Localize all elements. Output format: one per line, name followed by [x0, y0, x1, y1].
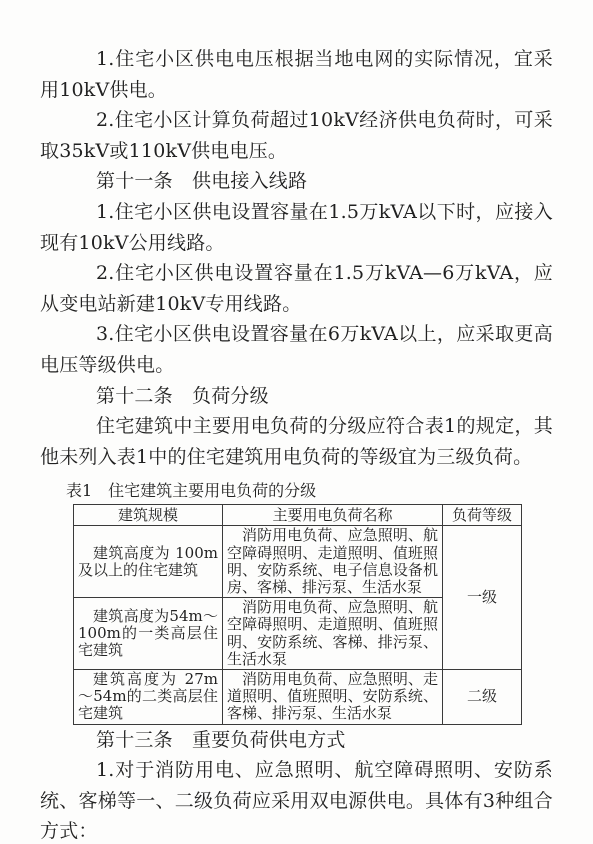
paragraph: 2.住宅小区计算负荷超过10kV经济供电负荷时，可采取35kV或110kV供电电… — [40, 105, 553, 166]
cell-load-grade: 一级 — [443, 526, 522, 670]
cell-load-names: 消防用电负荷、应急照明、走道照明、值班照明、安防系统、客梯、排污泵、生活水泵 — [223, 669, 443, 724]
header-building-scale: 建筑规模 — [74, 505, 223, 526]
cell-building-scale: 建筑高度为54m～100m的一类高层住宅建筑 — [74, 598, 223, 670]
cell-load-grade: 二级 — [443, 669, 522, 724]
article-heading: 第十一条 供电接入线路 — [40, 166, 553, 197]
table-caption: 表1 住宅建筑主要用电负荷的分级 — [66, 481, 553, 501]
paragraph: 1.对于消防用电、应急照明、航空障碍照明、安防系统、客梯等一、二级负荷应采用双电… — [40, 755, 553, 844]
cell-load-names: 消防用电负荷、应急照明、航空障碍照明、走道照明、值班照明、安防系统、客梯、排污泵… — [223, 598, 443, 670]
paragraph: 1.住宅小区供电电压根据当地电网的实际情况，宜采用10kV供电。 — [40, 44, 553, 105]
cell-building-scale: 建筑高度为 100m 及以上的住宅建筑 — [74, 526, 223, 598]
table-row: 建筑高度为 100m 及以上的住宅建筑 消防用电负荷、应急照明、航空障碍照明、走… — [74, 526, 522, 598]
table-row: 建筑高度为 27m～54m的二类高层住宅建筑 消防用电负荷、应急照明、走道照明、… — [74, 669, 522, 724]
paragraph: 1.住宅小区供电设置容量在1.5万kVA以下时，应接入现有10kV公用线路。 — [40, 197, 553, 258]
load-classification-table: 建筑规模 主要用电负荷名称 负荷等级 建筑高度为 100m 及以上的住宅建筑 消… — [73, 504, 522, 724]
paragraph: 住宅建筑中主要用电负荷的分级应符合表1的规定，其他未列入表1中的住宅建筑用电负荷… — [40, 411, 553, 472]
document-page: 1.住宅小区供电电压根据当地电网的实际情况，宜采用10kV供电。 2.住宅小区计… — [0, 0, 593, 844]
cell-load-names: 消防用电负荷、应急照明、航空障碍照明、走道照明、值班照明、安防系统、电子信息设备… — [223, 526, 443, 598]
paragraph: 3.住宅小区供电设置容量在6万kVA以上，应采取更高电压等级供电。 — [40, 319, 553, 380]
header-load-names: 主要用电负荷名称 — [223, 505, 443, 526]
article-heading: 第十三条 重要负荷供电方式 — [40, 725, 553, 756]
cell-building-scale: 建筑高度为 27m～54m的二类高层住宅建筑 — [74, 669, 223, 724]
paragraph: 2.住宅小区供电设置容量在1.5万kVA—6万kVA，应从变电站新建10kV专用… — [40, 258, 553, 319]
article-heading: 第十二条 负荷分级 — [40, 381, 553, 412]
table-header-row: 建筑规模 主要用电负荷名称 负荷等级 — [74, 505, 522, 526]
header-load-grade: 负荷等级 — [443, 505, 522, 526]
document-content: 1.住宅小区供电电压根据当地电网的实际情况，宜采用10kV供电。 2.住宅小区计… — [0, 0, 593, 844]
